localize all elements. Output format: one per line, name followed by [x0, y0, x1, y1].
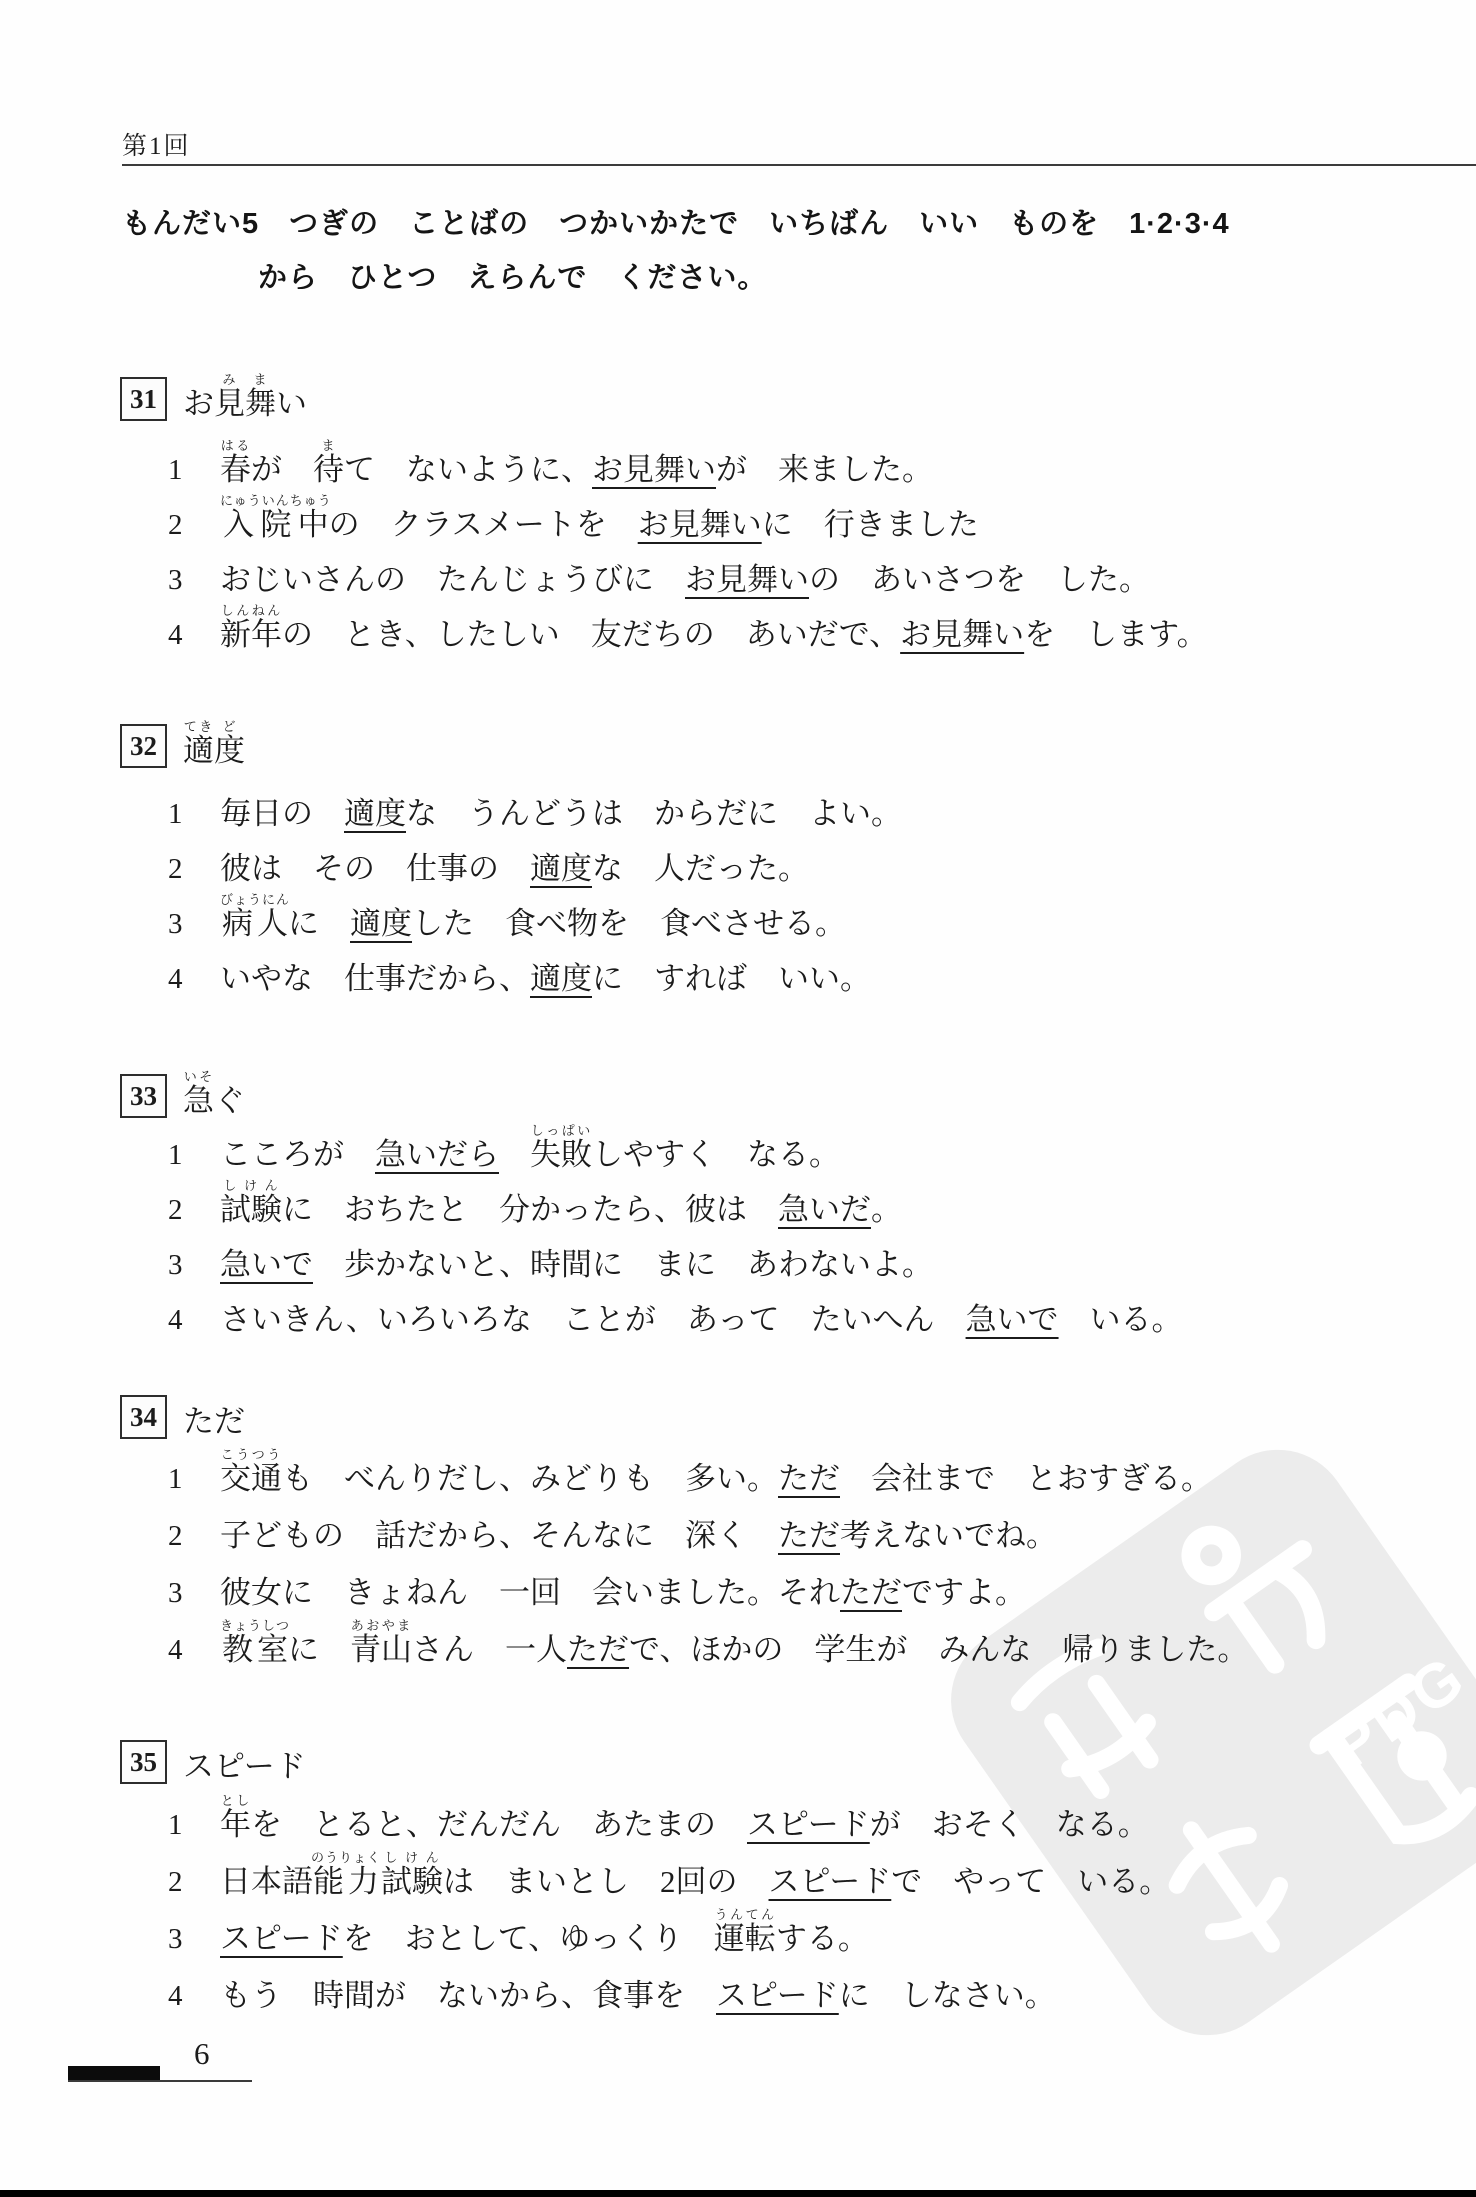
text-segment: が 来ました。: [716, 452, 933, 487]
ruby-segment: 新年しんねん: [220, 617, 282, 652]
furigana: いそ: [183, 1069, 214, 1084]
option-row: 2試験しけんに おちたと 分かったら、彼は 急いだ。: [120, 1173, 1476, 1228]
text-segment: 歩かないと、時間に まに あわないよ。: [313, 1247, 933, 1282]
ruby-segment: 病人びょうにん: [220, 906, 288, 941]
ruby-segment: 入院中にゅういんちゅう: [220, 507, 329, 542]
option-row: 2日本語能力のうりょく試験しけんは まいとし 2回の スピードで やって いる。: [120, 1843, 1476, 1900]
option-number: 2: [168, 1519, 194, 1554]
kanji-base: 度: [214, 733, 245, 768]
text-segment: 会社まで とおすぎる。: [840, 1461, 1212, 1496]
option-number: 3: [168, 1576, 194, 1611]
furigana: びょうにん: [220, 892, 290, 907]
ruby-segment: 教室きょうしつ: [220, 1632, 288, 1667]
option-number: 2: [168, 1865, 194, 1900]
text-segment: に: [288, 906, 350, 941]
underlined-term: ただ: [567, 1632, 629, 1667]
option-number: 3: [168, 563, 194, 598]
text-segment: お: [183, 386, 214, 421]
option-row: 3彼女に きょねん 一回 会いました。それただですよ。: [120, 1554, 1476, 1611]
options: 1こころが 急いだら 失敗しっぱいしやすく なる。2試験しけんに おちたと 分か…: [120, 1118, 1476, 1338]
underlined-term: スピード: [220, 1921, 343, 1956]
text-segment: で、ほかの 学生が みんな 帰りました。: [629, 1632, 1248, 1667]
option-text: 春はるが 待まて ないように、お見舞いが 来ました。: [220, 438, 933, 488]
underlined-term: 適度: [344, 796, 406, 831]
question-word: ただ: [183, 1405, 245, 1439]
option-row: 3急いで 歩かないと、時間に まに あわないよ。: [120, 1228, 1476, 1283]
ruby-segment: 舞ま: [245, 386, 276, 421]
text-segment: 。: [871, 1192, 902, 1227]
option-row: 2子どもの 話だから、そんなに 深く ただ考えないでね。: [120, 1497, 1476, 1554]
ruby-segment: 能力のうりょく: [313, 1864, 381, 1899]
question-33: 33急いそぐ1こころが 急いだら 失敗しっぱいしやすく なる。2試験しけんに お…: [120, 1072, 1476, 1338]
text-segment: おじいさんの たんじょうびに: [220, 562, 685, 597]
option-text: おじいさんの たんじょうびに お見舞いの あいさつを した。: [220, 561, 1150, 598]
option-number: 2: [168, 852, 194, 887]
ruby-segment: 春はる: [220, 452, 251, 487]
option-text: 病人びょうにんに 適度した 食べ物を 食べさせる。: [220, 892, 846, 942]
option-text: 教室きょうしつに 青山あおやまさん 一人ただで、ほかの 学生が みんな 帰りまし…: [220, 1618, 1248, 1668]
option-row: 1春はるが 待まて ないように、お見舞いが 来ました。: [120, 433, 1476, 488]
ruby-segment: 交通こうつう: [220, 1461, 282, 1496]
kanji-base: 年: [220, 1807, 251, 1842]
underlined-term: スピード: [747, 1807, 870, 1842]
question-32: 32適てき度ど1毎日の 適度な うんどうは からだに よい。2彼は その 仕事の…: [120, 722, 1476, 997]
option-row: 2入院中にゅういんちゅうの クラスメートを お見舞いに 行きました: [120, 488, 1476, 543]
option-row: 1こころが 急いだら 失敗しっぱいしやすく なる。: [120, 1118, 1476, 1173]
option-text: 急いで 歩かないと、時間に まに あわないよ。: [220, 1246, 933, 1283]
ruby-segment: 年とし: [220, 1807, 251, 1842]
option-row: 1交通こうつうも べんりだし、みどりも 多い。ただ 会社まで とおすぎる。: [120, 1440, 1476, 1497]
option-number: 1: [168, 1808, 194, 1843]
text-segment: な 人だった。: [592, 851, 809, 886]
text-segment: しやすく なる。: [592, 1137, 840, 1172]
furigana: ま: [313, 438, 344, 453]
text-segment: する。: [776, 1921, 869, 1956]
text-segment: に 行きました: [762, 507, 979, 542]
option-number: 1: [168, 797, 194, 832]
text-segment: いやな 仕事だから、: [220, 961, 530, 996]
option-row: 4さいきん、いろいろな ことが あって たいへん 急いで いる。: [120, 1283, 1476, 1338]
text-segment: さん 一人: [412, 1632, 567, 1667]
option-text: 日本語能力のうりょく試験しけんは まいとし 2回の スピードで やって いる。: [220, 1850, 1170, 1900]
text-segment: こころが: [220, 1137, 375, 1172]
option-number: 2: [168, 1193, 194, 1228]
question-35: 35スピード1年としを とると、だんだん あたまの スピードが おそく なる。2…: [120, 1738, 1476, 2014]
question-word: 適てき度ど: [183, 719, 245, 768]
text-segment: 日本語: [220, 1864, 313, 1899]
option-number: 4: [168, 1633, 194, 1668]
furigana: ど: [214, 719, 245, 734]
text-segment: した 食べ物を 食べさせる。: [412, 906, 846, 941]
underlined-term: スピード: [716, 1978, 839, 2013]
option-row: 4新年しんねんの とき、したしい 友だちの あいだで、お見舞いを します。: [120, 598, 1476, 653]
option-number: 4: [168, 1303, 194, 1338]
option-number: 1: [168, 453, 194, 488]
option-text: 交通こうつうも べんりだし、みどりも 多い。ただ 会社まで とおすぎる。: [220, 1447, 1212, 1497]
page: 第1回 もんだい5 つぎの ことばの つかいかたで いちばん いい ものを 1·…: [0, 0, 1476, 2197]
kanji-base: 交通: [220, 1461, 282, 1496]
kanji-base: 失敗: [530, 1137, 592, 1172]
ruby-segment: 運転うんてん: [714, 1921, 776, 1956]
text-segment: が おそく なる。: [870, 1807, 1149, 1842]
question-number: 31: [130, 384, 157, 415]
option-text: 入院中にゅういんちゅうの クラスメートを お見舞いに 行きました: [220, 493, 979, 543]
furigana: うんてん: [714, 1907, 776, 1922]
ruby-segment: 度ど: [214, 733, 245, 768]
ruby-segment: 見み: [214, 386, 245, 421]
kanji-base: 適: [183, 733, 214, 768]
option-row: 1年としを とると、だんだん あたまの スピードが おそく なる。: [120, 1786, 1476, 1843]
text-segment: を おとして、ゆっくり: [343, 1921, 714, 1956]
option-number: 1: [168, 1462, 194, 1497]
option-text: いやな 仕事だから、適度に すれば いい。: [220, 960, 871, 997]
text-segment: て ないように、: [344, 452, 592, 487]
underlined-term: 急いで: [220, 1247, 313, 1282]
ruby-segment: 試験しけん: [381, 1864, 443, 1899]
underlined-term: ただ: [778, 1461, 840, 1496]
text-segment: の クラスメートを: [329, 507, 638, 542]
question-31: 31お見み舞まい1春はるが 待まて ないように、お見舞いが 来ました。2入院中に…: [120, 375, 1476, 653]
underlined-term: 急いだ: [778, 1192, 871, 1227]
underlined-term: お見舞い: [638, 507, 762, 542]
text-segment: で やって いる。: [891, 1864, 1170, 1899]
question-header: 33急いそぐ: [120, 1072, 1476, 1118]
text-segment: に: [288, 1632, 350, 1667]
kanji-base: 春: [220, 452, 251, 487]
underlined-term: お見舞い: [900, 617, 1024, 652]
underlined-term: ただ: [840, 1575, 902, 1610]
option-row: 2彼は その 仕事の 適度な 人だった。: [120, 832, 1476, 887]
underlined-term: 適度: [350, 906, 412, 941]
option-text: さいきん、いろいろな ことが あって たいへん 急いで いる。: [220, 1301, 1183, 1338]
kanji-base: 急: [183, 1083, 214, 1118]
furigana: しっぱい: [530, 1123, 592, 1138]
ruby-segment: 適てき: [183, 733, 214, 768]
furigana: はる: [220, 438, 251, 453]
option-row: 4もう 時間が ないから、食事を スピードに しなさい。: [120, 1957, 1476, 2014]
question-number-box: 34: [120, 1395, 167, 1439]
option-text: 彼は その 仕事の 適度な 人だった。: [220, 850, 809, 887]
furigana: こうつう: [220, 1447, 282, 1462]
text-segment: [499, 1137, 530, 1172]
text-segment: を します。: [1024, 617, 1208, 652]
option-number: 4: [168, 1979, 194, 2014]
text-segment: スピード: [183, 1749, 306, 1784]
option-row: 3スピードを おとして、ゆっくり 運転うんてんする。: [120, 1900, 1476, 1957]
question-number-box: 35: [120, 1740, 167, 1784]
question-number-box: 33: [120, 1074, 167, 1118]
question-word: スピード: [183, 1750, 306, 1784]
option-text: 彼女に きょねん 一回 会いました。それただですよ。: [220, 1574, 1026, 1611]
kanji-base: 新年: [220, 617, 282, 652]
kanji-base: 運転: [714, 1921, 776, 1956]
kanji-base: 試験: [381, 1864, 443, 1899]
options: 1交通こうつうも べんりだし、みどりも 多い。ただ 会社まで とおすぎる。2子ど…: [120, 1440, 1476, 1668]
option-row: 1毎日の 適度な うんどうは からだに よい。: [120, 777, 1476, 832]
text-segment: に しなさい。: [839, 1978, 1056, 2013]
text-segment: 毎日の: [220, 796, 344, 831]
ruby-segment: 失敗しっぱい: [530, 1137, 592, 1172]
text-segment: が: [251, 452, 313, 487]
question-number: 34: [130, 1402, 157, 1433]
text-segment: な うんどうは からだに よい。: [406, 796, 902, 831]
text-segment: ですよ。: [902, 1575, 1026, 1610]
underlined-term: お見舞い: [685, 562, 809, 597]
question-word: 急いそぐ: [183, 1069, 245, 1118]
options: 1年としを とると、だんだん あたまの スピードが おそく なる。2日本語能力の…: [120, 1786, 1476, 2014]
furigana: のうりょく: [311, 1850, 381, 1865]
question-number-box: 32: [120, 724, 167, 768]
question-header: 35スピード: [120, 1738, 1476, 1784]
underlined-term: お見舞い: [592, 452, 716, 487]
option-text: 新年しんねんの とき、したしい 友だちの あいだで、お見舞いを します。: [220, 603, 1208, 653]
text-segment: 彼女に きょねん 一回 会いました。それ: [220, 1575, 840, 1610]
question-header: 31お見み舞まい: [120, 375, 1476, 421]
text-segment: に すれば いい。: [592, 961, 871, 996]
text-segment: も べんりだし、みどりも 多い。: [282, 1461, 778, 1496]
options: 1毎日の 適度な うんどうは からだに よい。2彼は その 仕事の 適度な 人だ…: [120, 777, 1476, 997]
furigana: きょうしつ: [220, 1618, 290, 1633]
ruby-segment: 待ま: [313, 452, 344, 487]
furigana: あおやま: [350, 1618, 412, 1633]
question-number-box: 31: [120, 377, 167, 421]
underlined-term: スピード: [769, 1864, 892, 1899]
furigana: しけん: [381, 1850, 443, 1865]
text-segment: 子どもの 話だから、そんなに 深く: [220, 1518, 778, 1553]
text-segment: の とき、したしい 友だちの あいだで、: [282, 617, 900, 652]
kanji-base: 能力: [311, 1864, 381, 1899]
underlined-term: 適度: [530, 851, 592, 886]
furigana: ま: [245, 372, 276, 387]
option-text: もう 時間が ないから、食事を スピードに しなさい。: [220, 1977, 1056, 2014]
questions: 31お見み舞まい1春はるが 待まて ないように、お見舞いが 来ました。2入院中に…: [0, 0, 1476, 2197]
underlined-term: ただ: [778, 1518, 840, 1553]
option-number: 4: [168, 618, 194, 653]
underlined-term: 適度: [530, 961, 592, 996]
text-segment: に おちたと 分かったら、彼は: [282, 1192, 778, 1227]
ruby-segment: 急いそ: [183, 1083, 214, 1118]
kanji-base: 待: [313, 452, 344, 487]
text-segment: の あいさつを した。: [809, 562, 1150, 597]
furigana: てき: [183, 719, 214, 734]
text-segment: を とると、だんだん あたまの: [251, 1807, 747, 1842]
kanji-base: 入院中: [220, 507, 332, 542]
underlined-term: 急いで: [966, 1302, 1059, 1337]
question-header: 34ただ: [120, 1393, 1476, 1439]
option-row: 3病人びょうにんに 適度した 食べ物を 食べさせる。: [120, 887, 1476, 942]
option-number: 3: [168, 907, 194, 942]
option-number: 3: [168, 1922, 194, 1957]
ruby-segment: 試験しけん: [220, 1192, 282, 1227]
text-segment: いる。: [1059, 1302, 1183, 1337]
option-row: 4教室きょうしつに 青山あおやまさん 一人ただで、ほかの 学生が みんな 帰りま…: [120, 1611, 1476, 1668]
option-number: 1: [168, 1138, 194, 1173]
option-text: 毎日の 適度な うんどうは からだに よい。: [220, 795, 902, 832]
kanji-base: 舞: [245, 386, 276, 421]
text-segment: ただ: [183, 1404, 245, 1439]
furigana: しけん: [220, 1178, 282, 1193]
ruby-segment: 青山あおやま: [350, 1632, 412, 1667]
option-number: 2: [168, 508, 194, 543]
option-text: こころが 急いだら 失敗しっぱいしやすく なる。: [220, 1123, 840, 1173]
option-text: 年としを とると、だんだん あたまの スピードが おそく なる。: [220, 1793, 1149, 1843]
question-number: 33: [130, 1081, 157, 1112]
furigana: とし: [220, 1793, 251, 1808]
text-segment: もう 時間が ないから、食事を: [220, 1978, 716, 2013]
underlined-term: 急いだら: [375, 1137, 499, 1172]
question-number: 35: [130, 1747, 157, 1778]
furigana: み: [214, 372, 245, 387]
text-segment: は まいとし 2回の: [443, 1864, 769, 1899]
option-text: 子どもの 話だから、そんなに 深く ただ考えないでね。: [220, 1517, 1057, 1554]
option-number: 3: [168, 1248, 194, 1283]
kanji-base: 病人: [220, 906, 290, 941]
furigana: しんねん: [220, 603, 282, 618]
option-row: 4いやな 仕事だから、適度に すれば いい。: [120, 942, 1476, 997]
furigana: にゅういんちゅう: [220, 493, 332, 508]
text-segment: 彼は その 仕事の: [220, 851, 530, 886]
option-text: スピードを おとして、ゆっくり 運転うんてんする。: [220, 1907, 869, 1957]
question-header: 32適てき度ど: [120, 722, 1476, 768]
question-number: 32: [130, 731, 157, 762]
kanji-base: 試験: [220, 1192, 282, 1227]
option-number: 4: [168, 962, 194, 997]
text-segment: さいきん、いろいろな ことが あって たいへん: [220, 1302, 966, 1337]
kanji-base: 見: [214, 386, 245, 421]
kanji-base: 教室: [220, 1632, 290, 1667]
option-row: 3おじいさんの たんじょうびに お見舞いの あいさつを した。: [120, 543, 1476, 598]
text-segment: 考えないでね。: [840, 1518, 1057, 1553]
question-34: 34ただ1交通こうつうも べんりだし、みどりも 多い。ただ 会社まで とおすぎる…: [120, 1393, 1476, 1668]
kanji-base: 青山: [350, 1632, 412, 1667]
options: 1春はるが 待まて ないように、お見舞いが 来ました。2入院中にゅういんちゅうの…: [120, 433, 1476, 653]
question-word: お見み舞まい: [183, 372, 307, 421]
option-text: 試験しけんに おちたと 分かったら、彼は 急いだ。: [220, 1178, 902, 1228]
text-segment: ぐ: [214, 1083, 245, 1118]
text-segment: い: [276, 386, 307, 421]
